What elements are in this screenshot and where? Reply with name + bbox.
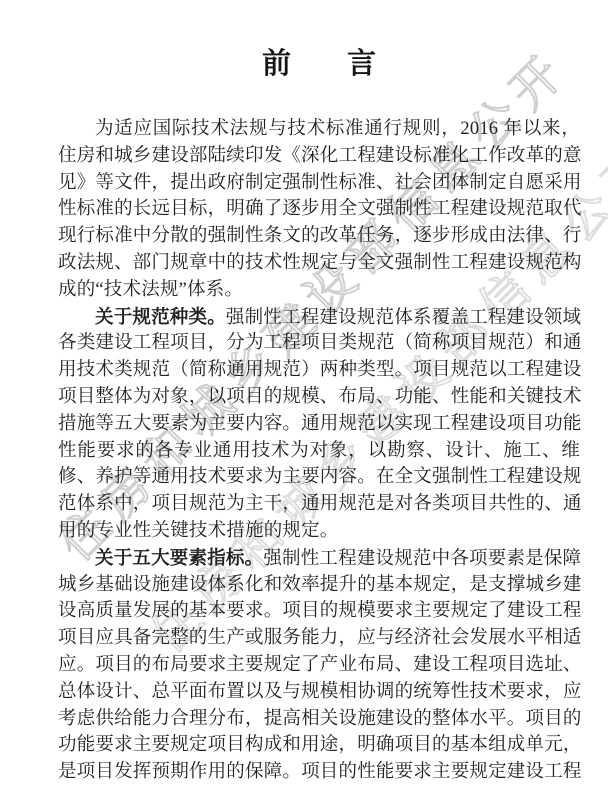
page-title-char: 言 xyxy=(347,41,376,82)
text-line: 功能要求主要规定项目构成和用途，明确项目的基本组成单元， xyxy=(58,732,580,759)
text-line: 关于规范种类。强制性工程建设规范体系覆盖工程建设领域 xyxy=(58,304,580,331)
text-line: 修、养护等通用技术要求为主要内容。在全文强制性工程建设规 xyxy=(58,464,580,491)
text-line: 城乡基础设施建设体系化和效率提升的基本规定，是支撑城乡建 xyxy=(58,572,580,599)
text-line: 措施等五大要素为主要内容。通用规范以实现工程建设项目功能 xyxy=(58,411,580,438)
text-line: 性标准的长远目标，明确了逐步用全文强制性工程建设规范取代 xyxy=(58,196,580,223)
text-line: 用的专业性关键技术措施的规定。 xyxy=(58,518,580,545)
body-text: 为适应国际技术法规与技术标准通行规则，2016 年以来，住房和城乡建设部陆续印发… xyxy=(58,116,580,786)
text-line: 项目应具备完整的生产或服务能力，应与经济社会发展水平相适 xyxy=(58,625,580,652)
page-title-char: 前 xyxy=(262,41,291,82)
text-line: 范体系中，项目规范为主干，通用规范是对各类项目共性的、通 xyxy=(58,491,580,518)
text-line: 设高质量发展的基本要求。项目的规模要求主要规定了建设工程 xyxy=(58,598,580,625)
text-line: 关于五大要素指标。强制性工程建设规范中各项要素是保障 xyxy=(58,545,580,572)
text-line: 考虑供给能力合理分布，提高相关设施建设的整体水平。项目的 xyxy=(58,706,580,733)
text-line: 住房和城乡建设部陆续印发《深化工程建设标准化工作改革的意 xyxy=(58,143,580,170)
text-line: 总体设计、总平面布置以及与规模相协调的统筹性技术要求，应 xyxy=(58,679,580,706)
text-line: 现行标准中分散的强制性条文的改革任务，逐步形成由法律、行 xyxy=(58,223,580,250)
text-line: 政法规、部门规章中的技术性规定与全文强制性工程建设规范构 xyxy=(58,250,580,277)
text-line: 用技术类规范（简称通用规范）两种类型。项目规范以工程建设 xyxy=(58,357,580,384)
text-line: 是项目发挥预期作用的保障。项目的性能要求主要规定建设工程 xyxy=(58,759,580,786)
text-line: 为适应国际技术法规与技术标准通行规则，2016 年以来， xyxy=(58,116,580,143)
page-title: 前 言 xyxy=(58,41,580,82)
text-line: 性能要求的各专业通用技术为对象，以勘察、设计、施工、维 xyxy=(58,438,580,465)
text-line: 见》等文件，提出政府制定强制性标准、社会团体制定自愿采用 xyxy=(58,170,580,197)
document-page: 住房和城乡建设部信息公开 住房和城乡建设部信息公开 前 言 为适应国际技术法规与… xyxy=(0,0,608,791)
text-line: 各类建设工程项目，分为工程项目类规范（简称项目规范）和通 xyxy=(58,330,580,357)
text-line: 应。项目的布局要求主要规定了产业布局、建设工程项目选址、 xyxy=(58,652,580,679)
text-line: 项目整体为对象，以项目的规模、布局、功能、性能和关键技术 xyxy=(58,384,580,411)
bold-lead-in: 关于五大要素指标。 xyxy=(95,547,263,568)
bold-lead-in: 关于规范种类。 xyxy=(95,306,226,327)
text-line: 成的“技术法规”体系。 xyxy=(58,277,580,304)
